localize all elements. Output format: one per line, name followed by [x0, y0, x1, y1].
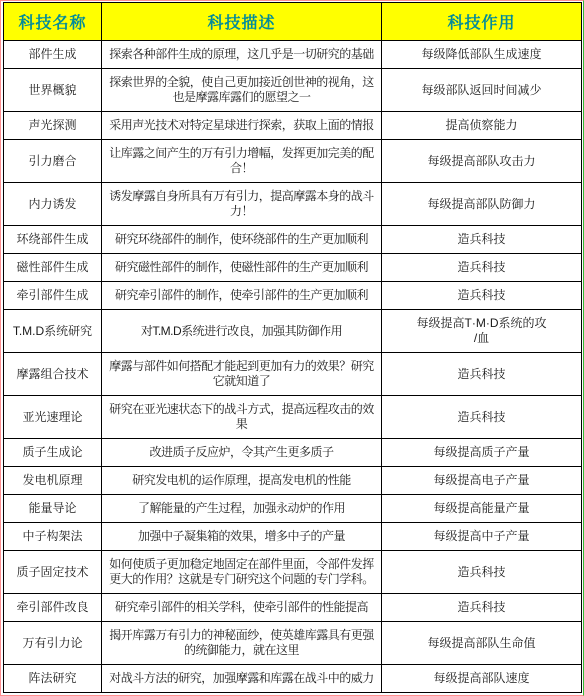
- table-row: 部件生成 探索各种部件生成的原理，这几乎是一切研究的基础 每级降低部队生成速度: [4, 41, 582, 69]
- tech-effect-cell: 造兵科技: [382, 551, 582, 594]
- tech-name-cell: 摩露组合技术: [4, 353, 102, 396]
- tech-name-cell: 牵引部件改良: [4, 594, 102, 622]
- tech-name-cell: 世界概貌: [4, 69, 102, 112]
- tech-desc-cell: 研究牵引部件的制作，使牵引部件的生产更加顺利: [102, 282, 382, 310]
- tech-desc-cell: 采用声光技术对特定星球进行探索，获取上面的情报: [102, 112, 382, 140]
- tech-effect-cell: 造兵科技: [382, 254, 582, 282]
- tech-name-cell: 阵法研究: [4, 665, 102, 693]
- tech-name-cell: 磁性部件生成: [4, 254, 102, 282]
- tech-desc-cell: 诱发摩露自身所具有万有引力，提高摩露本身的战斗力！: [102, 183, 382, 226]
- table-row: 摩露组合技术 摩露与部件如何搭配才能起到更加有力的效果？研究它就知道了 造兵科技: [4, 353, 582, 396]
- tech-name-cell: 质子生成论: [4, 439, 102, 467]
- tech-effect-cell: 每级降低部队生成速度: [382, 41, 582, 69]
- tech-name-cell: 亚光速理论: [4, 396, 102, 439]
- tech-name-cell: 发电机原理: [4, 467, 102, 495]
- tech-desc-cell: 对战斗方法的研究，加强摩露和库露在战斗中的威力: [102, 665, 382, 693]
- table-row: 质子生成论 改进质子反应炉，令其产生更多质子 每级提高质子产量: [4, 439, 582, 467]
- table-row: 引力磨合 让库露之间产生的万有引力增幅，发挥更加完美的配合！ 每级提高部队攻击力: [4, 140, 582, 183]
- tech-name-cell: 内力诱发: [4, 183, 102, 226]
- table-row: 世界概貌 探索世界的全貌，使自己更加接近创世神的视角，这也是摩露库露们的愿望之一…: [4, 69, 582, 112]
- tech-desc-cell: 了解能量的产生过程，加强永动炉的作用: [102, 495, 382, 523]
- tech-desc-cell: 摩露与部件如何搭配才能起到更加有力的效果？研究它就知道了: [102, 353, 382, 396]
- tech-effect-cell: 每级提高部队速度: [382, 665, 582, 693]
- table-row: 内力诱发 诱发摩露自身所具有万有引力，提高摩露本身的战斗力！ 每级提高部队防御力: [4, 183, 582, 226]
- tech-desc-cell: 研究在亚光速状态下的战斗方式，提高远程攻击的效果: [102, 396, 382, 439]
- tech-desc-cell: 研究发电机的运作原理，提高发电机的性能: [102, 467, 382, 495]
- col-header-tech-desc: 科技描述: [102, 3, 382, 41]
- col-header-tech-name: 科技名称: [4, 3, 102, 41]
- table-row: 牵引部件生成 研究牵引部件的制作，使牵引部件的生产更加顺利 造兵科技: [4, 282, 582, 310]
- col-header-tech-effect: 科技作用: [382, 3, 582, 41]
- tech-effect-cell: 每级提高中子产量: [382, 523, 582, 551]
- tech-desc-cell: 对T.M.D系统进行改良，加强其防御作用: [102, 310, 382, 353]
- tech-name-cell: 质子固定技术: [4, 551, 102, 594]
- tech-effect-cell: 造兵科技: [382, 594, 582, 622]
- table-row: T.M.D系统研究 对T.M.D系统进行改良，加强其防御作用 每级提高T·M·D…: [4, 310, 582, 353]
- table-row: 万有引力论 揭开库露万有引力的神秘面纱，使英雄库露具有更强的统御能力，就在这里 …: [4, 622, 582, 665]
- tech-effect-cell: 每级提高电子产量: [382, 467, 582, 495]
- tech-name-cell: 引力磨合: [4, 140, 102, 183]
- tech-name-cell: 环绕部件生成: [4, 226, 102, 254]
- tech-name-cell: 中子构架法: [4, 523, 102, 551]
- table-row: 能量导论 了解能量的产生过程，加强永动炉的作用 每级提高能量产量: [4, 495, 582, 523]
- tech-effect-cell: 每级提高质子产量: [382, 439, 582, 467]
- tech-name-cell: T.M.D系统研究: [4, 310, 102, 353]
- tech-name-cell: 能量导论: [4, 495, 102, 523]
- tech-name-cell: 声光探测: [4, 112, 102, 140]
- tech-effect-cell: 每级提高部队攻击力: [382, 140, 582, 183]
- tech-effect-cell: 造兵科技: [382, 396, 582, 439]
- tech-name-cell: 牵引部件生成: [4, 282, 102, 310]
- tech-effect-cell: 造兵科技: [382, 353, 582, 396]
- table-frame: 科技名称 科技描述 科技作用 部件生成 探索各种部件生成的原理，这几乎是一切研究…: [0, 0, 584, 696]
- table-row: 牵引部件改良 研究牵引部件的相关学科，使牵引部件的性能提高 造兵科技: [4, 594, 582, 622]
- table-row: 中子构架法 加强中子凝集箱的效果，增多中子的产量 每级提高中子产量: [4, 523, 582, 551]
- tech-effect-cell: 每级部队返回时间减少: [382, 69, 582, 112]
- tech-table: 科技名称 科技描述 科技作用 部件生成 探索各种部件生成的原理，这几乎是一切研究…: [3, 2, 582, 693]
- tech-desc-cell: 研究环绕部件的制作，使环绕部件的生产更加顺利: [102, 226, 382, 254]
- tech-desc-cell: 让库露之间产生的万有引力增幅，发挥更加完美的配合！: [102, 140, 382, 183]
- tech-effect-cell: 提高侦察能力: [382, 112, 582, 140]
- tech-effect-cell: 造兵科技: [382, 226, 582, 254]
- table-row: 发电机原理 研究发电机的运作原理，提高发电机的性能 每级提高电子产量: [4, 467, 582, 495]
- tech-desc-cell: 研究磁性部件的制作，使磁性部件的生产更加顺利: [102, 254, 382, 282]
- tech-effect-cell: 每级提高T·M·D系统的攻 /血: [382, 310, 582, 353]
- tech-desc-cell: 揭开库露万有引力的神秘面纱，使英雄库露具有更强的统御能力，就在这里: [102, 622, 382, 665]
- tech-desc-cell: 改进质子反应炉，令其产生更多质子: [102, 439, 382, 467]
- tech-desc-cell: 探索各种部件生成的原理，这几乎是一切研究的基础: [102, 41, 382, 69]
- tech-effect-cell: 造兵科技: [382, 282, 582, 310]
- table-row: 磁性部件生成 研究磁性部件的制作，使磁性部件的生产更加顺利 造兵科技: [4, 254, 582, 282]
- tech-name-cell: 万有引力论: [4, 622, 102, 665]
- table-row: 声光探测 采用声光技术对特定星球进行探索，获取上面的情报 提高侦察能力: [4, 112, 582, 140]
- table-row: 质子固定技术 如何使质子更加稳定地固定在部件里面，令部件发挥更大的作用？这就是专…: [4, 551, 582, 594]
- tech-desc-cell: 加强中子凝集箱的效果，增多中子的产量: [102, 523, 382, 551]
- tech-effect-cell: 每级提高部队生命值: [382, 622, 582, 665]
- tech-name-cell: 部件生成: [4, 41, 102, 69]
- table-row: 亚光速理论 研究在亚光速状态下的战斗方式，提高远程攻击的效果 造兵科技: [4, 396, 582, 439]
- table-row: 阵法研究 对战斗方法的研究，加强摩露和库露在战斗中的威力 每级提高部队速度: [4, 665, 582, 693]
- tech-effect-cell: 每级提高部队防御力: [382, 183, 582, 226]
- tech-desc-cell: 如何使质子更加稳定地固定在部件里面，令部件发挥更大的作用？这就是专门研究这个问题…: [102, 551, 382, 594]
- tech-desc-cell: 探索世界的全貌，使自己更加接近创世神的视角，这也是摩露库露们的愿望之一: [102, 69, 382, 112]
- tech-effect-cell: 每级提高能量产量: [382, 495, 582, 523]
- tech-desc-cell: 研究牵引部件的相关学科，使牵引部件的性能提高: [102, 594, 382, 622]
- table-row: 环绕部件生成 研究环绕部件的制作，使环绕部件的生产更加顺利 造兵科技: [4, 226, 582, 254]
- header-row: 科技名称 科技描述 科技作用: [4, 3, 582, 41]
